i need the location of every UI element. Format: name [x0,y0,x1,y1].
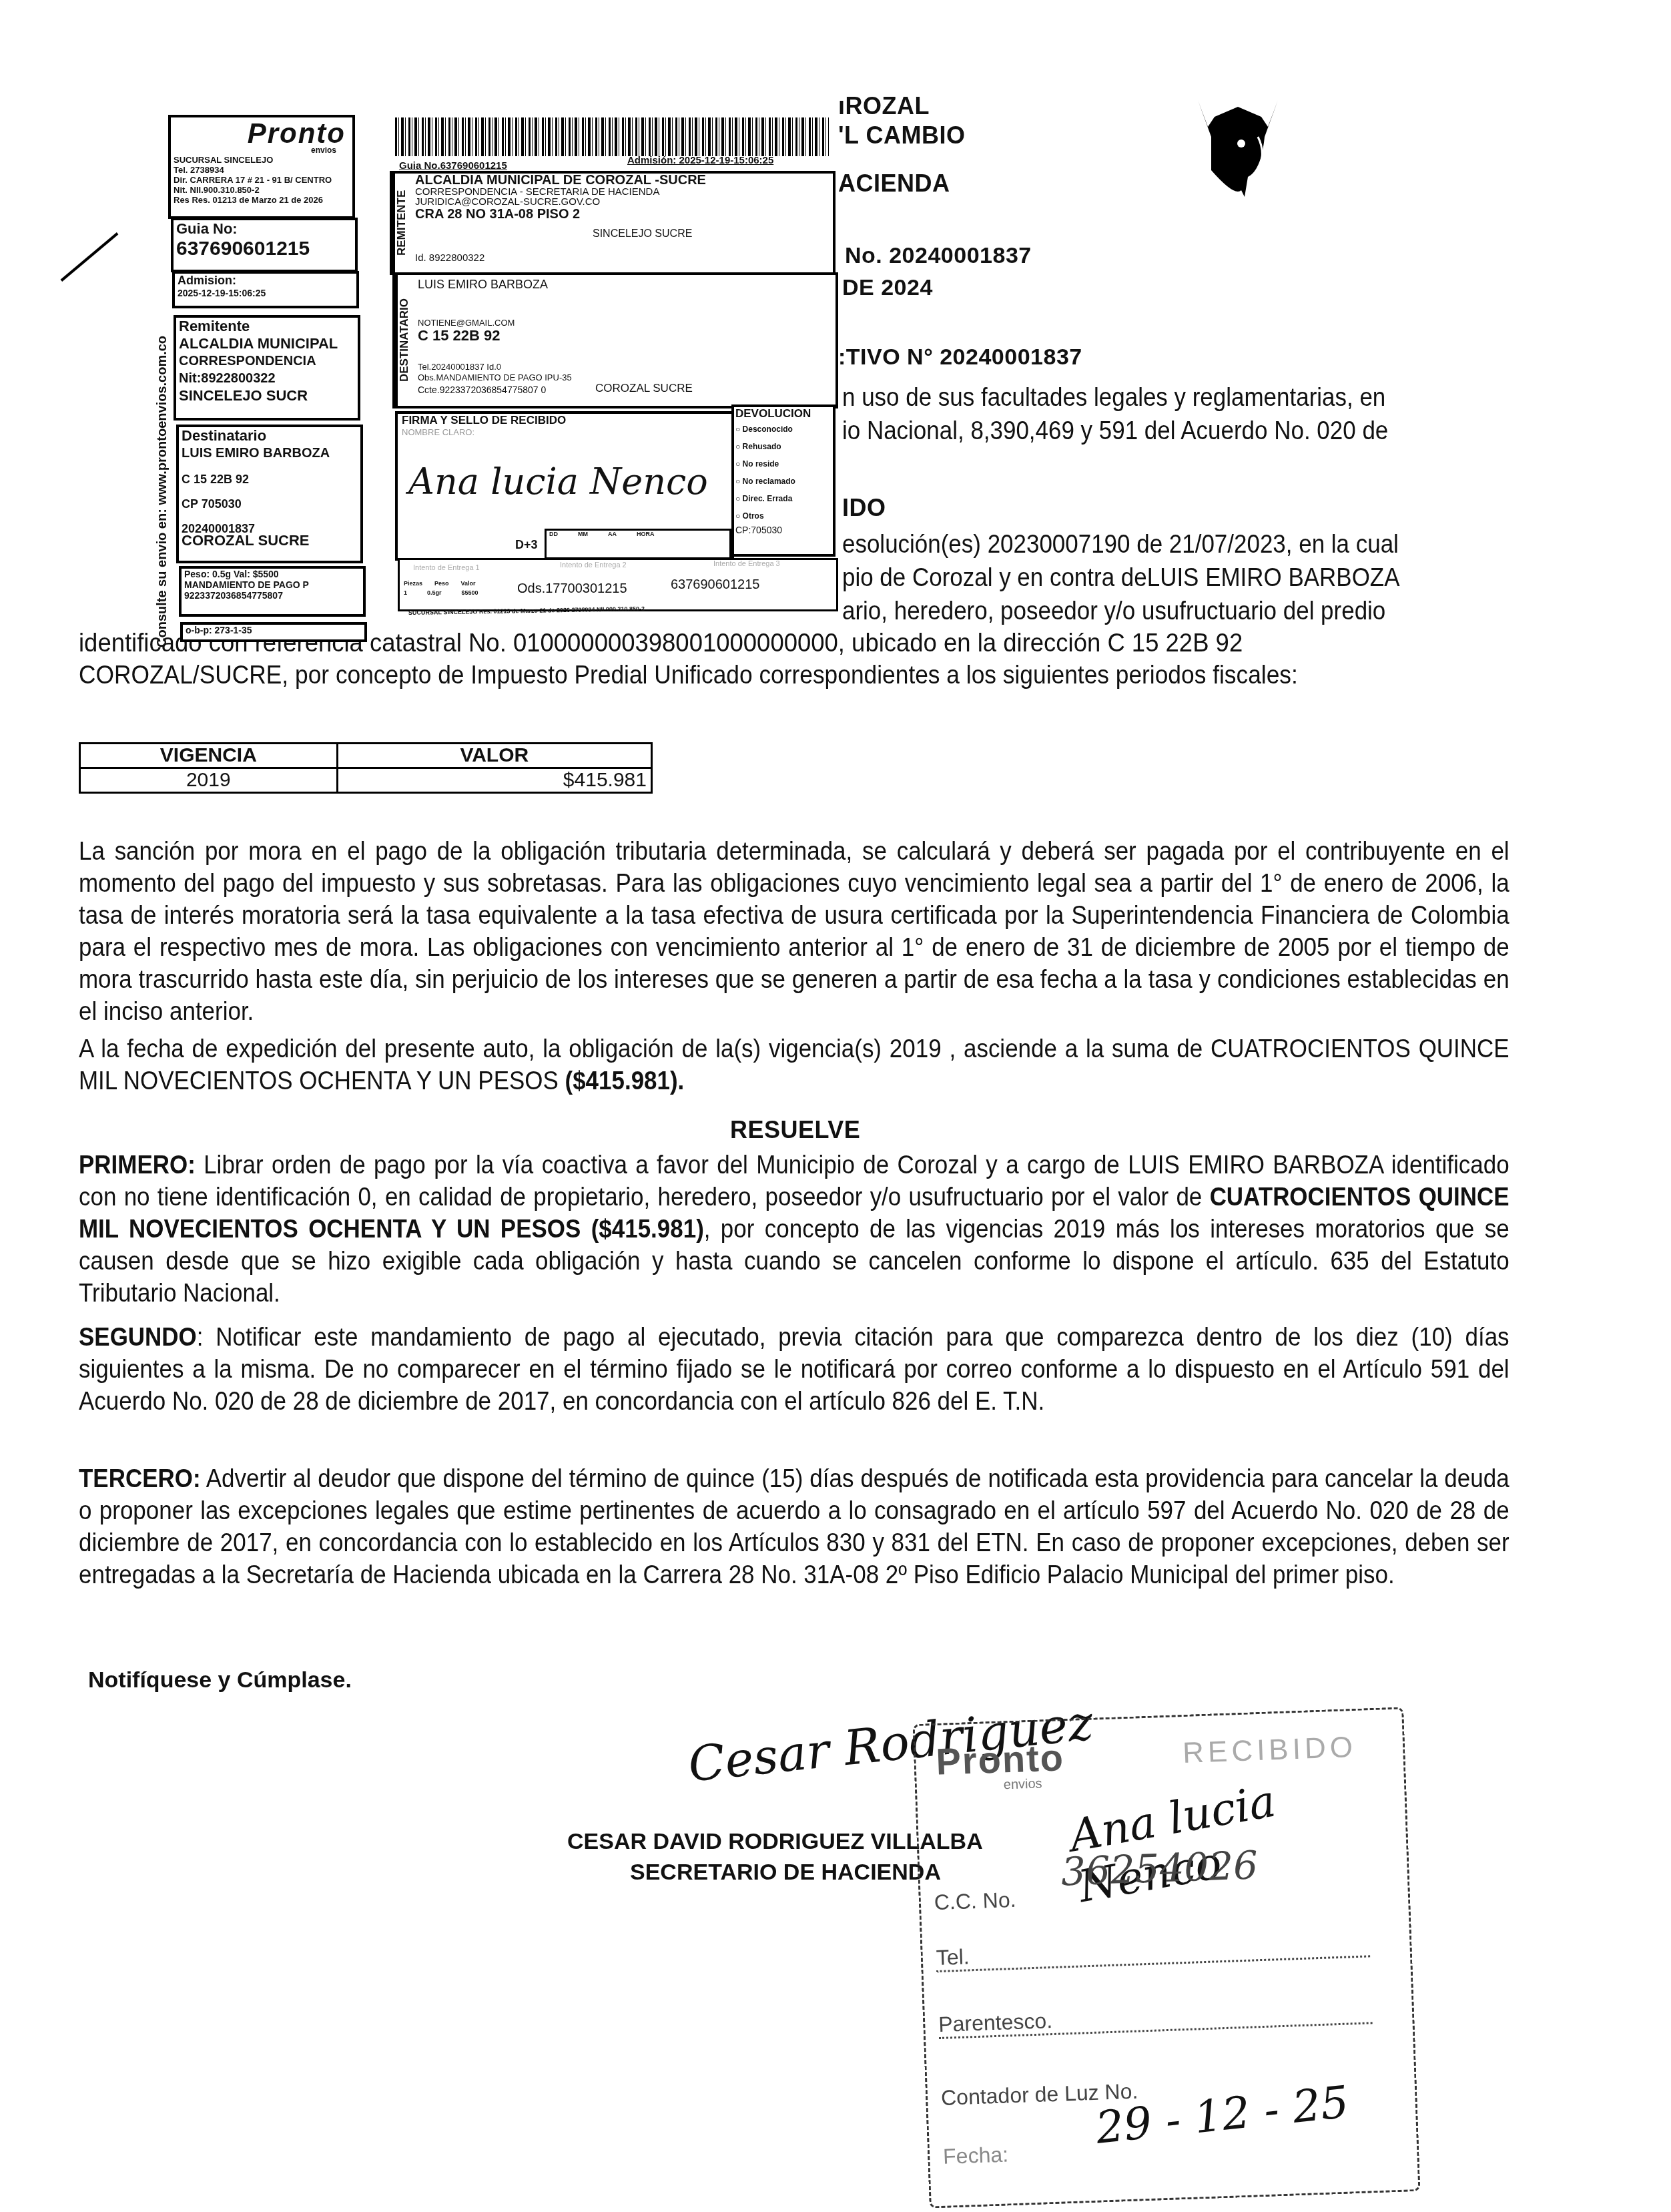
piezas-value: 1 [404,589,407,596]
main-remitente-line: ALCALDIA MUNICIPAL DE COROZAL -SUCRE [415,174,833,187]
label-branch: SUCURSAL SINCELEJO [171,155,352,165]
table-header-valor: VALOR [337,744,651,768]
label-dir: Dir. CARRERA 17 # 21 - 91 B/ CENTRO [171,175,352,185]
date-box: DD MM AA HORA [545,529,731,559]
amount-paragraph: A la fecha de expedición del presente au… [79,1033,1510,1097]
stamp-tel-field: Tel. [936,1930,1370,1972]
date-label-dd: DD [549,531,558,557]
codigo-text: 9223372036854775807 [182,590,363,601]
main-dest-address: C 15 22B 92 [418,327,500,344]
primero-label: PRIMERO: [79,1151,196,1179]
header-municipality: ıROZAL [838,92,930,120]
destinatario-line: CP 705030 [179,497,360,511]
remitente-line: ALCALDIA MUNICIPAL [176,335,358,352]
devolucion-option[interactable]: ○ Rehusado [735,438,833,455]
option-label: No reclamado [743,477,795,486]
label-peso-box: Peso: 0.5g Val: $5500 MANDAMIENTO DE PAG… [179,566,366,617]
option-label: Desconocido [743,425,793,434]
option-label: Rehusado [743,442,781,451]
main-dest-city: COROZAL SUCRE [595,382,693,395]
tercero-label: TERCERO: [79,1465,201,1493]
tercero-text: Advertir al deudor que dispone del térmi… [79,1465,1510,1589]
remitente-line: CORRESPONDENCIA [176,352,358,370]
peso-text: Peso: 0.5g Val: $5500 [182,569,363,579]
piezas-value: 0.5gr [427,589,442,596]
admision-label: Admision: [175,274,356,288]
label-tel: Tel. 2738934 [171,165,352,175]
main-dest-tel: Tel.20240001837 Id.0 [418,362,501,372]
considering-line-1: esolución(es) 20230007190 de 21/07/2023,… [842,529,1399,561]
resolution-year: DE 2024 [842,275,933,301]
label-remitente-box: Remitente ALCALDIA MUNICIPAL CORRESPONDE… [174,315,360,421]
amount-value: ($415.981). [565,1067,685,1095]
devolucion-title: DEVOLUCION [734,407,833,421]
stamp-fecha-label: Fecha: [943,2142,1009,2169]
resuelve-heading: RESUELVE [730,1116,860,1144]
piezas-header: Peso [434,580,449,587]
piezas-header: Piezas [404,580,422,587]
stamp-cc-field: C.C. No. 36254026 [933,1858,1368,1919]
remitente-label: Remitente [176,318,358,335]
label-brand-box: Pronto envios SUCURSAL SINCELEJO Tel. 27… [168,115,355,219]
devolucion-option[interactable]: ○ Direc. Errada [735,490,833,507]
main-destinatario-box: DESTINATARIO LUIS EMIRO BARBOZA NOTIENE@… [392,272,838,408]
d-plus-label: D+3 [515,538,538,552]
piezas-values: 1 0.5gr $5500 [404,589,478,596]
remitente-line: SINCELEJO SUCR [176,387,358,404]
devolucion-cp: CP:705030 [734,525,833,535]
main-remitente-line: CRA 28 NO 31A-08 PISO 2 [415,207,833,222]
main-remitente-line: CORRESPONDENCIA - SECRETARIA DE HACIENDA [415,187,833,197]
destinatario-line: LUIS EMIRO BARBOZA [179,445,360,462]
main-dest-obs: Obs.MANDAMIENTO DE PAGO IPU-35 [418,372,572,382]
devolucion-options: ○ Desconocido ○ Rehusado ○ No reside ○ N… [734,421,833,525]
contenido-text: MANDAMIENTO DE PAGO P [182,579,363,590]
label-guia-box: Guia No: 637690601215 [171,218,358,272]
date-label-mm: MM [578,531,588,557]
devolucion-option[interactable]: ○ Desconocido [735,421,833,438]
label-ruta-box: o-b-p: 273-1-35 [180,622,367,642]
segundo-label: SEGUNDO [79,1324,197,1352]
destinatario-line: C 15 22B 92 [179,473,360,487]
cell-valor: $415.981 [337,768,651,793]
resolution-number: No. 20240001837 [845,243,1032,269]
segundo-paragraph: SEGUNDO: Notificar este mandamiento de p… [79,1322,1510,1418]
option-label: No reside [743,459,779,469]
main-dest-name: LUIS EMIRO BARBOZA [418,278,548,292]
primero-paragraph: PRIMERO: Librar orden de pago por la vía… [79,1149,1510,1310]
option-label: Otros [743,511,764,521]
considering-line-5: COROZAL/SUCRE, por concepto de Impuesto … [79,659,1298,692]
cell-vigencia: 2019 [80,768,338,793]
main-admision: Admisión: 2025-12-19-15:06:25 [627,155,773,166]
stamp-parentesco-field: Parentesco. [938,1997,1373,2039]
cc-value: 36254026 [1060,1842,1259,1894]
receipt-stamp: Pronto envios RECIBIDO Ana lucia Nenco C… [913,1707,1421,2208]
admision-value: 2025-12-19-15:06:25 [175,288,356,298]
receiver-signature: Ana lucia Nenco [408,461,708,503]
piezas-headers: Piezas Peso Valor [404,580,476,587]
intento-1: Intento de Entrega 1 [413,564,480,572]
main-guia: Guia No.637690601215 [399,160,507,172]
amount-text: A la fecha de expedición del presente au… [79,1035,1510,1095]
tercero-paragraph: TERCERO: Advertir al deudor que dispone … [79,1463,1510,1591]
act-title: :TIVO N° 20240001837 [838,344,1082,370]
guia-bottom: 637690601215 [671,577,759,593]
firma-title: FIRMA Y SELLO DE RECIBIDO [398,414,731,427]
devolucion-option[interactable]: ○ Otros [735,507,833,525]
remitente-tab: REMITENTE [392,174,412,272]
header-department: ACIENDA [838,170,950,198]
considering-line-2: pio de Corozal y en contra deLUIS EMIRO … [842,562,1400,594]
remitente-line: Nit:8922800322 [176,370,358,387]
label-nit: Nit. NII.900.310.850-2 [171,185,352,195]
destinatario-label: Destinatario [179,427,360,445]
devolucion-option[interactable]: ○ No reside [735,455,833,473]
intento-3: Intento de Entrega 3 [713,560,780,568]
sancion-paragraph: La sanción por mora en el pago de la obl… [79,836,1510,1028]
option-label: Direc. Errada [743,494,793,503]
main-remitente-box: REMITENTE ALCALDIA MUNICIPAL DE COROZAL … [390,171,835,275]
label-brand-logo: Pronto [171,117,352,150]
guia-number: 637690601215 [174,238,355,260]
date-label-hora: HORA [637,531,655,557]
label-admision-box: Admision: 2025-12-19-15:06:25 [172,271,359,308]
main-remitente-line: JURIDICA@COROZAL-SUCRE.GOV.CO [415,197,833,207]
main-remitente-city: SINCELEJO SUCRE [593,228,692,240]
guia-label: Guia No: [174,220,355,238]
intento-2: Intento de Entrega 2 [560,561,627,569]
ods-number: Ods.17700301215 [517,581,627,597]
table-row: 2019 $415.981 [80,768,652,793]
coat-of-arms-icon [1195,97,1281,197]
destinatario-tab: DESTINATARIO [395,275,415,406]
cc-label: C.C. No. [934,1888,1016,1914]
nombre-claro-label: NOMBRE CLARO: [398,427,731,437]
date-label-aa: AA [608,531,617,557]
considering-line-3: ario, heredero, poseedor y/o usufructuar… [842,595,1385,627]
stamp-brand: Pronto [935,1735,1065,1783]
vigencia-table: VIGENCIA VALOR 2019 $415.981 [79,742,653,794]
main-remitente-id: Id. 8922800322 [415,252,484,264]
piezas-value: $5500 [462,589,478,596]
devolucion-option[interactable]: ○ No reclamado [735,473,833,490]
stamp-brand-sub: envios [1003,1776,1042,1793]
main-dest-email: NOTIENE@GMAIL.COM [418,318,515,328]
main-dest-ccte: Ccte.9223372036854775807 0 [418,384,546,395]
table-header-vigencia: VIGENCIA [80,744,338,768]
destinatario-line: COROZAL SUCRE [179,532,360,549]
pen-mark [61,232,119,282]
ruta-text: o-b-p: 273-1-35 [183,625,364,635]
label-destinatario-box: Destinatario LUIS EMIRO BARBOZA C 15 22B… [176,425,363,563]
devolucion-box: DEVOLUCION ○ Desconocido ○ Rehusado ○ No… [731,404,835,557]
considerando-heading: IDO [842,494,886,522]
intro-line-1: n uso de sus facultades legales y reglam… [842,382,1385,414]
piezas-header: Valor [461,580,476,587]
intro-line-2: io Nacional, 8,390,469 y 591 del Acuerdo… [842,415,1388,447]
barcode [395,117,829,156]
label-res: Res Res. 01213 de Marzo 21 de 2026 [171,195,352,205]
closing-text: Notifíquese y Cúmplase. [88,1667,352,1693]
entrega-box: Intento de Entrega 1 Intento de Entrega … [398,558,838,611]
signatory-title: SECRETARIO DE HACIENDA [630,1860,941,1886]
label-side-url: Consulte su envio en: www.prontoenvios.c… [155,314,170,647]
header-slogan: 'L CAMBIO [838,121,965,150]
segundo-text: : Notificar este mandamiento de pago al … [79,1324,1510,1416]
firma-recibido-box: FIRMA Y SELLO DE RECIBIDO NOMBRE CLARO: … [395,411,734,561]
